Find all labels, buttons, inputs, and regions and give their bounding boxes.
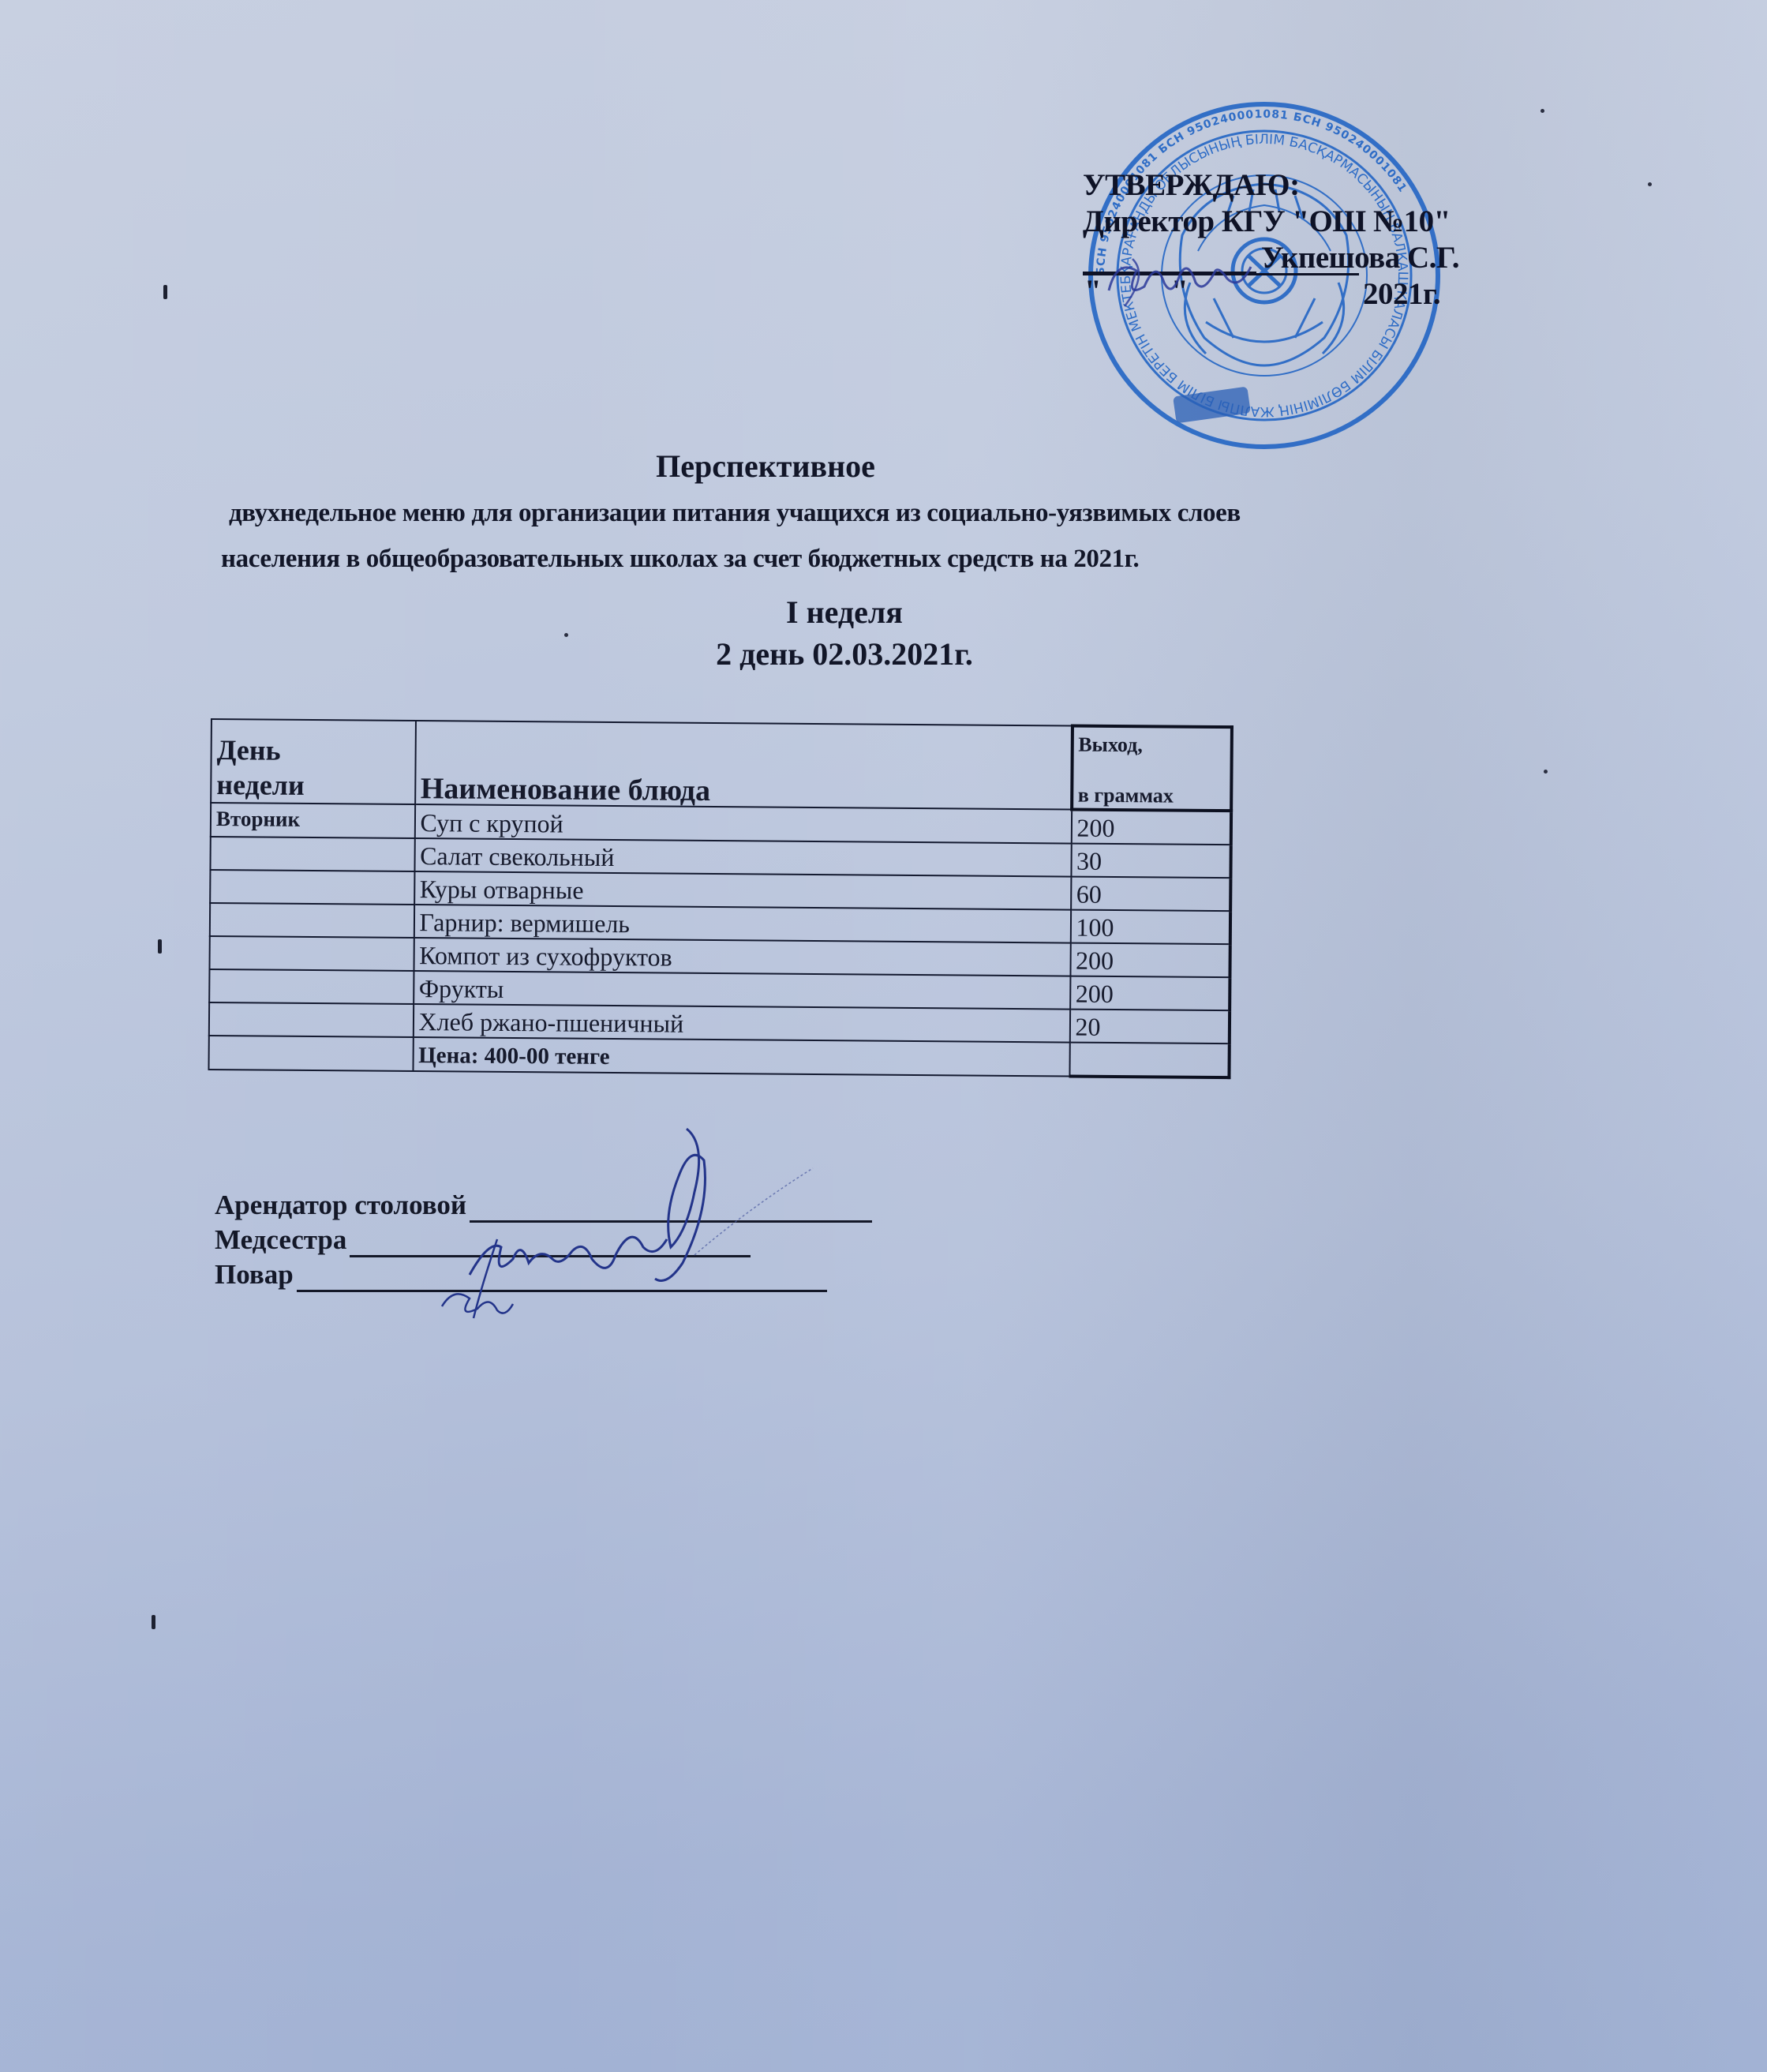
cell-dish-name: Куры отварные	[414, 871, 1071, 910]
page-speck	[1541, 109, 1544, 113]
cell-output-grams: 200	[1070, 976, 1230, 1011]
cell-output-grams: 200	[1070, 943, 1230, 978]
tenant-signature-line	[470, 1192, 872, 1223]
approval-heading: УТВЕРЖДАЮ:	[1083, 167, 1459, 204]
week-label: I неделя	[726, 594, 963, 631]
cell-day	[210, 837, 414, 871]
price-label: Цена: 400-00 тенге	[413, 1037, 1069, 1077]
cell-dish-name: Компот из сухофруктов	[414, 938, 1070, 976]
cell-day	[209, 936, 414, 971]
cook-label: Повар	[215, 1257, 294, 1292]
cell-day	[210, 870, 414, 905]
cell-dish-name: Салат свекольный	[414, 838, 1071, 877]
document-subtitle-line-1: двухнедельное меню для организации питан…	[229, 499, 1241, 528]
tenant-label: Арендатор столовой	[215, 1188, 466, 1223]
cell-output-grams: 100	[1070, 910, 1230, 945]
header-output: Выход, в граммах	[1072, 726, 1232, 811]
document-subtitle-line-2: населения в общеобразовательных школах з…	[221, 545, 1139, 574]
signature-row-nurse: Медсестра	[215, 1223, 872, 1257]
cell-day	[209, 969, 414, 1004]
cell-output-grams	[1069, 1043, 1230, 1078]
cell-output-grams: 60	[1071, 877, 1231, 912]
table-header-row: День недели Наименование блюда Выход, в …	[211, 719, 1232, 811]
margin-mark	[163, 285, 167, 299]
cell-output-grams: 200	[1071, 810, 1231, 845]
cook-signature-line	[297, 1261, 827, 1292]
margin-mark	[158, 939, 162, 954]
nurse-label: Медсестра	[215, 1223, 346, 1257]
cell-dish-name: Суп с крупой	[414, 804, 1071, 844]
cell-dish-name: Хлеб ржано-пшеничный	[413, 1004, 1069, 1043]
header-day: День недели	[211, 719, 415, 804]
menu-table: День недели Наименование блюда Выход, в …	[208, 718, 1233, 1079]
approval-year: 2021г.	[1363, 277, 1440, 311]
signature-block: Арендатор столовой Медсестра Повар	[215, 1188, 872, 1292]
cell-day	[209, 1002, 414, 1037]
cell-output-grams: 30	[1071, 844, 1231, 879]
director-signature	[1101, 243, 1259, 314]
signature-row-tenant: Арендатор столовой	[215, 1188, 872, 1223]
price-row: Цена: 400-00 тенге	[208, 1036, 1229, 1077]
cell-day	[210, 903, 414, 938]
page-speck	[1544, 770, 1548, 774]
page-speck	[564, 633, 568, 637]
cell-day	[208, 1036, 413, 1071]
header-dish-name: Наименование блюда	[415, 721, 1073, 810]
director-name: Укпешова С.Г.	[1261, 241, 1459, 275]
cell-day: Вторник	[211, 803, 415, 838]
page-speck	[1648, 182, 1652, 186]
signature-row-cook: Повар	[215, 1257, 872, 1292]
cell-dish-name: Гарнир: вермишель	[414, 905, 1070, 943]
margin-mark	[152, 1615, 155, 1629]
nurse-signature-line	[350, 1227, 751, 1257]
document-title: Перспективное	[616, 448, 915, 485]
cell-dish-name: Фрукты	[414, 971, 1070, 1010]
cell-output-grams: 20	[1069, 1010, 1230, 1044]
day-label: 2 день 02.03.2021г.	[647, 635, 1042, 673]
director-position: Директор КГУ "ОШ №10"	[1083, 204, 1459, 240]
